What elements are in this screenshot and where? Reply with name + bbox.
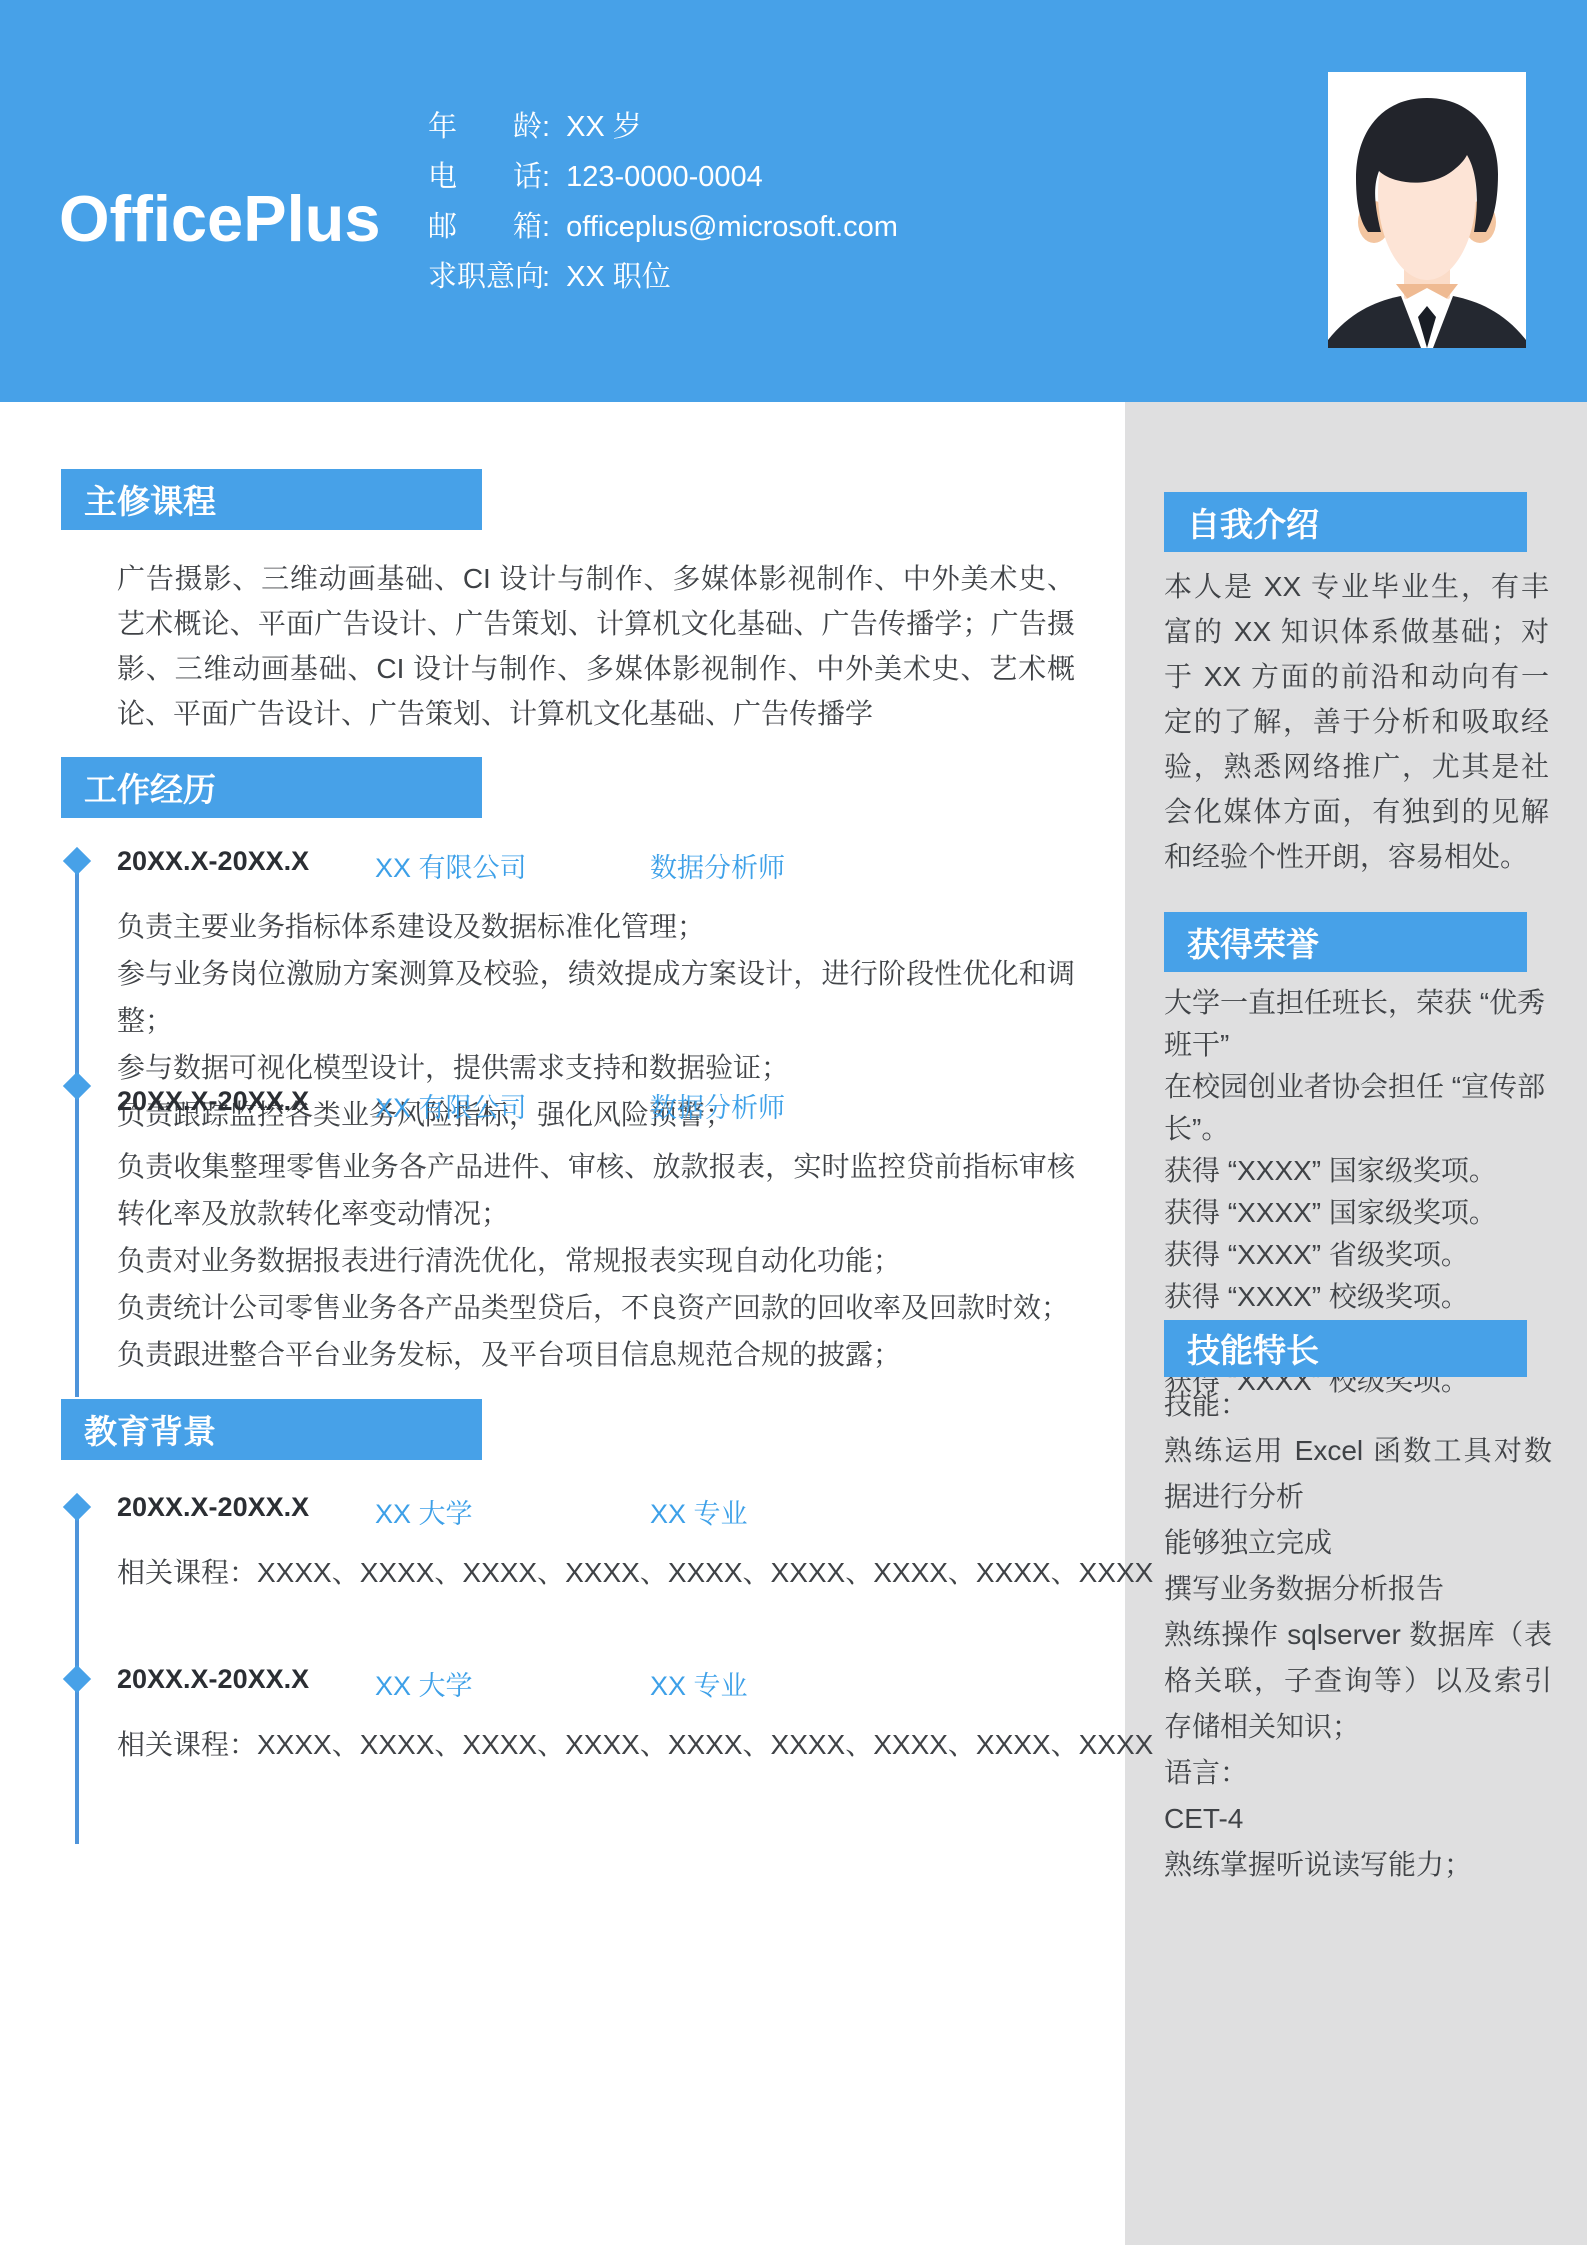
- contact-row-objective: 求职意向:XX 职位: [428, 252, 898, 302]
- contact-separator: :: [542, 202, 550, 252]
- skill-item: 熟练操作 sqlserver 数据库（表格关联，子查询等）以及索引存储相关知识；: [1164, 1612, 1552, 1750]
- education-entry-heading: 20XX.X-20XX.X XX 大学 XX 专业: [117, 1492, 1075, 1531]
- contact-separator: :: [542, 252, 550, 302]
- duty-item: 负责收集整理零售业务各产品进件、审核、放款报表，实时监控贷前指标审核转化率及放款…: [117, 1143, 1075, 1237]
- contact-value: XX 职位: [566, 252, 671, 302]
- timeline-line-work: [75, 861, 79, 1397]
- section-title: 教育背景: [84, 1406, 216, 1453]
- section-title: 工作经历: [84, 764, 216, 811]
- contact-row-phone: 电话:123-0000-0004: [428, 152, 898, 202]
- duty-item: 负责主要业务指标体系建设及数据标准化管理；: [117, 903, 1075, 950]
- contact-row-age: 年龄:XX 岁: [428, 102, 898, 152]
- contact-label: 邮箱: [428, 202, 542, 252]
- section-header-experience: 工作经历: [61, 757, 482, 818]
- contact-label: 电话: [428, 152, 542, 202]
- section-header-skills: 技能特长: [1164, 1320, 1527, 1377]
- honor-item: 获得 “XXXX” 国家级奖项。: [1164, 1192, 1556, 1234]
- section-title: 技能特长: [1187, 1325, 1319, 1372]
- contact-row-email: 邮箱:officeplus@microsoft.com: [428, 202, 898, 252]
- honor-item: 获得 “XXXX” 省级奖项。: [1164, 1234, 1556, 1276]
- entry-role: 数据分析师: [650, 846, 785, 885]
- honor-item: 在校园创业者协会担任 “宣传部长”。: [1164, 1066, 1556, 1150]
- entry-period: 20XX.X-20XX.X: [117, 1492, 375, 1531]
- contact-block: 年龄:XX 岁 电话:123-0000-0004 邮箱:officeplus@m…: [428, 102, 898, 302]
- experience-duties-list: 负责收集整理零售业务各产品进件、审核、放款报表，实时监控贷前指标审核转化率及放款…: [117, 1143, 1075, 1378]
- contact-value: XX 岁: [566, 102, 642, 152]
- entry-major: XX 专业: [650, 1492, 748, 1531]
- entry-company: XX 有限公司: [375, 1086, 650, 1125]
- timeline-marker-icon: [63, 1072, 91, 1100]
- skill-item: 技能：: [1164, 1382, 1552, 1428]
- duty-item: 负责对业务数据报表进行清洗优化，常规报表实现自动化功能；: [117, 1237, 1075, 1284]
- entry-major: XX 专业: [650, 1664, 748, 1703]
- section-title: 获得荣誉: [1187, 919, 1319, 966]
- timeline-marker-icon: [63, 1493, 91, 1521]
- profile-photo: [1328, 72, 1526, 348]
- contact-value: 123-0000-0004: [566, 152, 763, 202]
- timeline-marker-icon: [63, 1665, 91, 1693]
- entry-company: XX 有限公司: [375, 846, 650, 885]
- entry-school: XX 大学: [375, 1492, 650, 1531]
- contact-separator: :: [542, 152, 550, 202]
- entry-period: 20XX.X-20XX.X: [117, 1664, 375, 1703]
- experience-entry-heading: 20XX.X-20XX.X XX 有限公司 数据分析师: [117, 846, 1075, 885]
- contact-label: 求职意向: [428, 252, 542, 302]
- honor-item: 获得 “XXXX” 校级奖项。: [1164, 1276, 1556, 1318]
- section-header-honors: 获得荣誉: [1164, 912, 1527, 972]
- honor-item: 大学一直担任班长，荣获 “优秀班干”: [1164, 982, 1556, 1066]
- skills-list: 技能： 熟练运用 Excel 函数工具对数据进行分析 能够独立完成 撰写业务数据…: [1164, 1382, 1552, 1888]
- section-header-about: 自我介绍: [1164, 492, 1527, 552]
- skill-item: 能够独立完成: [1164, 1520, 1552, 1566]
- section-title: 主修课程: [84, 476, 216, 523]
- courses-paragraph: 广告摄影、三维动画基础、CI 设计与制作、多媒体影视制作、中外美术史、艺术概论、…: [117, 556, 1075, 736]
- honor-item: 获得 “XXXX” 国家级奖项。: [1164, 1150, 1556, 1192]
- section-title: 自我介绍: [1187, 499, 1319, 546]
- skill-item: CET-4: [1164, 1796, 1552, 1842]
- experience-entry-heading: 20XX.X-20XX.X XX 有限公司 数据分析师: [117, 1086, 1075, 1125]
- contact-separator: :: [542, 102, 550, 152]
- entry-school: XX 大学: [375, 1664, 650, 1703]
- section-header-education: 教育背景: [61, 1399, 482, 1460]
- education-courses-line: 相关课程：XXXX、XXXX、XXXX、XXXX、XXXX、XXXX、XXXX、…: [117, 1722, 1075, 1767]
- skill-item: 熟练掌握听说读写能力；: [1164, 1842, 1552, 1888]
- skill-item: 语言：: [1164, 1750, 1552, 1796]
- about-paragraph: 本人是 XX 专业毕业生，有丰富的 XX 知识体系做基础；对于 XX 方面的前沿…: [1164, 564, 1549, 879]
- contact-label: 年龄: [428, 102, 542, 152]
- section-header-courses: 主修课程: [61, 469, 482, 530]
- education-courses-line: 相关课程：XXXX、XXXX、XXXX、XXXX、XXXX、XXXX、XXXX、…: [117, 1550, 1075, 1595]
- duty-item: 参与数据可视化模型设计，提供需求支持和数据验证；: [117, 1044, 1075, 1091]
- male-avatar-icon: [1328, 72, 1526, 348]
- contact-value: officeplus@microsoft.com: [566, 202, 898, 252]
- entry-period: 20XX.X-20XX.X: [117, 846, 375, 885]
- duty-item: 负责跟进整合平台业务发标，及平台项目信息规范合规的披露；: [117, 1331, 1075, 1378]
- entry-period: 20XX.X-20XX.X: [117, 1086, 375, 1125]
- resume-page: OfficePlus 年龄:XX 岁 电话:123-0000-0004 邮箱:o…: [0, 0, 1587, 2245]
- entry-role: 数据分析师: [650, 1086, 785, 1125]
- brand-logo: OfficePlus: [59, 181, 380, 256]
- duty-item: 负责统计公司零售业务各产品类型贷后，不良资产回款的回收率及回款时效；: [117, 1284, 1075, 1331]
- education-entry-heading: 20XX.X-20XX.X XX 大学 XX 专业: [117, 1664, 1075, 1703]
- skill-item: 撰写业务数据分析报告: [1164, 1566, 1552, 1612]
- duty-item: 参与业务岗位激励方案测算及校验，绩效提成方案设计，进行阶段性优化和调整；: [117, 950, 1075, 1044]
- skill-item: 熟练运用 Excel 函数工具对数据进行分析: [1164, 1428, 1552, 1520]
- timeline-marker-icon: [63, 847, 91, 875]
